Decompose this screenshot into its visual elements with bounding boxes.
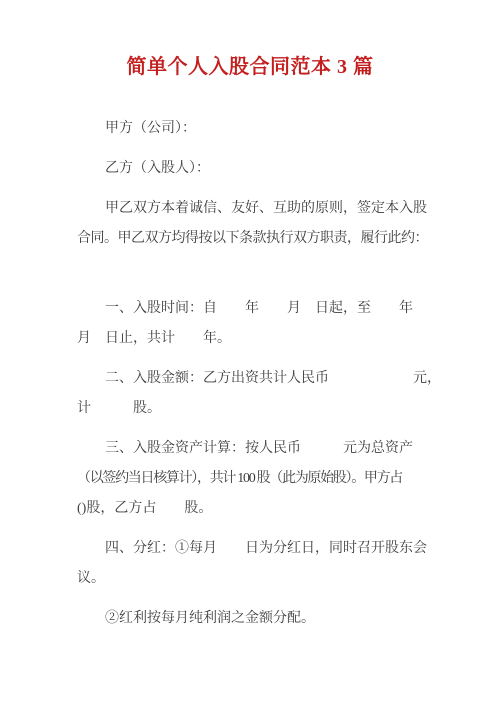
text-line: 甲方（公司）： <box>77 114 500 144</box>
text-line: 一、入股时间：自 年 月 日起，至 年 <box>77 294 500 324</box>
paragraph: 一、入股时间：自 年 月 日起，至 年月 日止，共计 年。 <box>77 294 500 354</box>
paragraph: 甲方（公司）： <box>77 114 500 144</box>
text-line: 合同。甲乙双方均得按以下条款执行双方职责，履行此约： <box>77 224 500 254</box>
paragraph: ②红利按每月纯利润之金额分配。 <box>77 604 500 634</box>
document-page: 简单个人入股合同范本 3 篇 甲方（公司）：乙方（入股人）：甲乙双方本着诚信、友… <box>0 0 500 708</box>
text-line: 二、入股金额：乙方出资共计人民币 元， <box>77 364 500 394</box>
paragraph: 甲乙双方本着诚信、友好、互助的原则，签定本入股合同。甲乙双方均得按以下条款执行双… <box>77 194 500 254</box>
text-line: 月 日止，共计 年。 <box>77 324 500 354</box>
text-line: 甲乙双方本着诚信、友好、互助的原则，签定本入股 <box>77 194 500 224</box>
text-line: ②红利按每月纯利润之金额分配。 <box>77 604 500 634</box>
paragraph: 乙方（入股人）： <box>77 154 500 184</box>
paragraph: 四、分红：①每月 日为分红日，同时召开股东会议。 <box>77 534 500 594</box>
text-line: 议。 <box>77 564 500 594</box>
text-line: （以签约当日核算计），共计 100 股（此为原始股）。甲方占 <box>77 464 500 494</box>
text-line: 计 股。 <box>77 394 500 424</box>
paragraph: 三、入股金资产计算：按人民币 元为总资产（以签约当日核算计），共计 100 股（… <box>77 434 500 524</box>
text-line: 四、分红：①每月 日为分红日，同时召开股东会 <box>77 534 500 564</box>
document-body: 甲方（公司）：乙方（入股人）：甲乙双方本着诚信、友好、互助的原则，签定本入股合同… <box>0 114 500 634</box>
text-line: 三、入股金资产计算：按人民币 元为总资产 <box>77 434 500 464</box>
paragraph: 二、入股金额：乙方出资共计人民币 元，计 股。 <box>77 364 500 424</box>
text-line: ()股，乙方占 股。 <box>77 494 500 524</box>
document-title: 简单个人入股合同范本 3 篇 <box>0 52 500 82</box>
text-line: 乙方（入股人）： <box>77 154 500 184</box>
